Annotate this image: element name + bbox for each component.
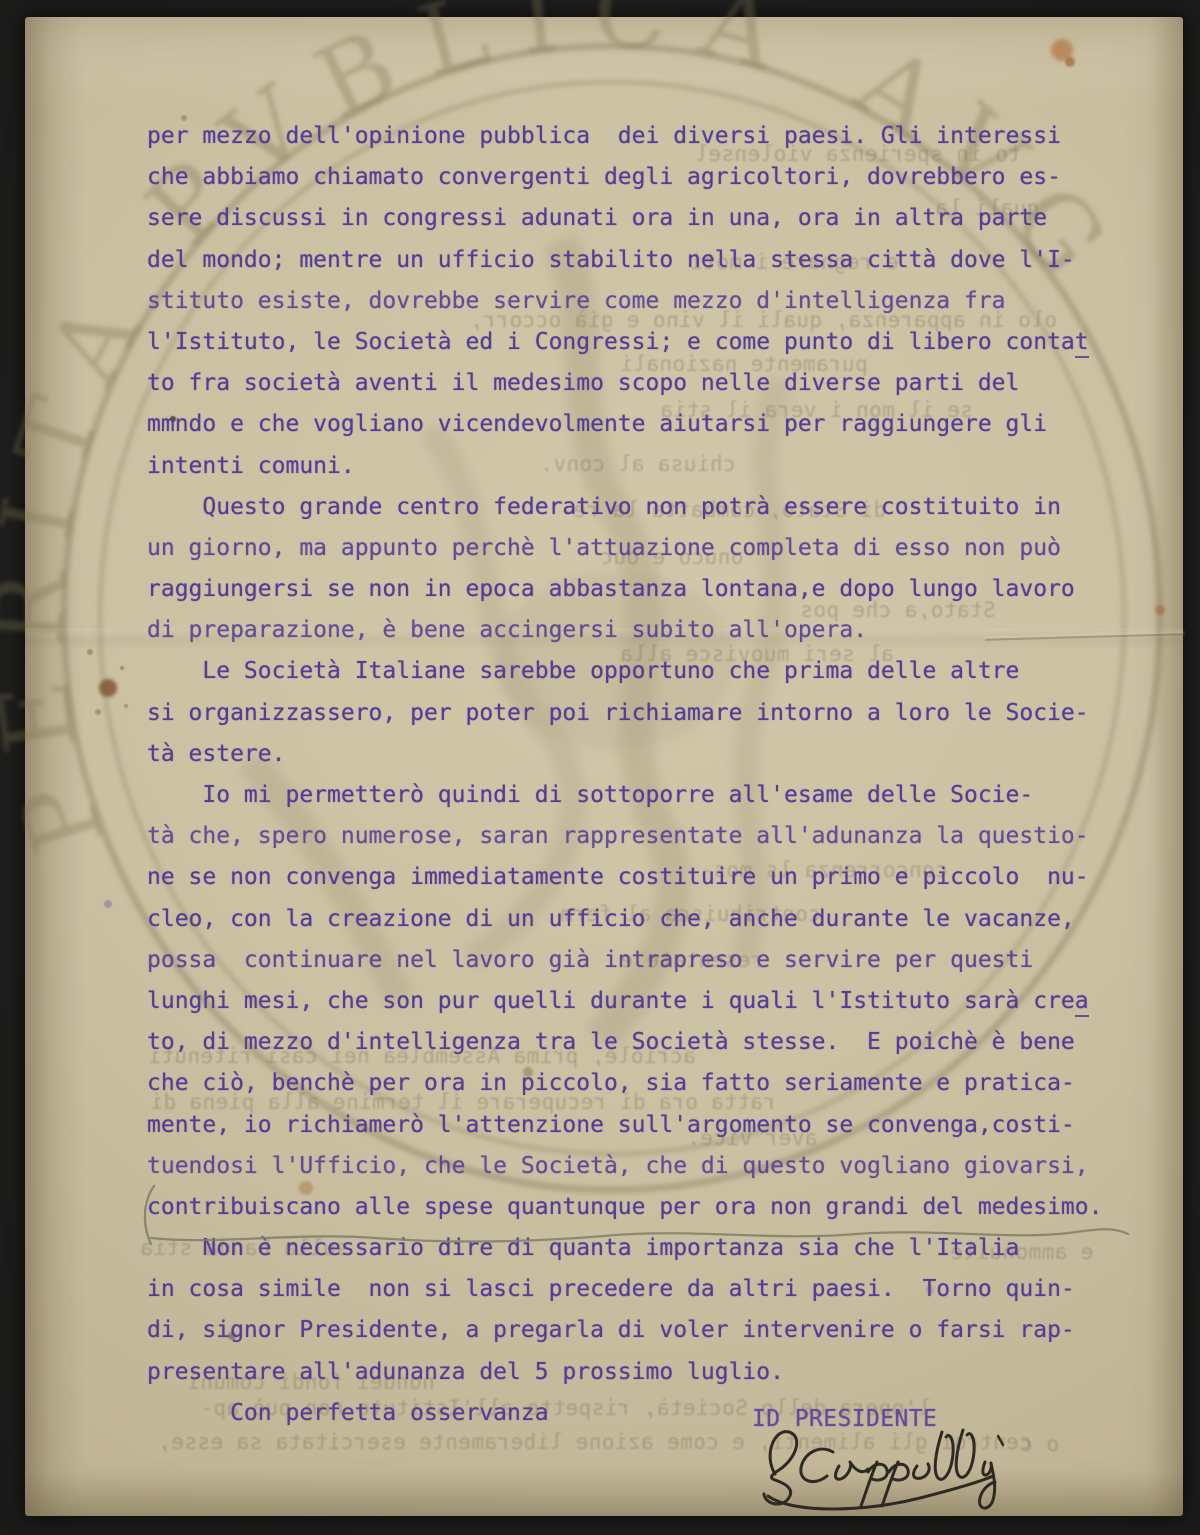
signature: R Cappelli [735, 1412, 1065, 1522]
letter-line: in cosa simile non si lasci precedere da… [147, 1269, 1137, 1310]
foxing-spot [87, 649, 93, 655]
underlined-continuation-letter: a [1075, 988, 1089, 1017]
letter-line: tà estere. [147, 734, 1137, 775]
letter-line: cleo, con la creazione di un ufficio che… [147, 899, 1137, 940]
letter-line: di, signor Presidente, a pregarla di vol… [147, 1310, 1137, 1351]
foxing-spot [1155, 605, 1165, 615]
letter-line: si organizzassero, per poter poi richiam… [147, 693, 1137, 734]
foxing-spot [99, 679, 117, 697]
letter-line: raggiungersi se non in epoca abbastanza … [147, 569, 1137, 610]
letter-line: tà che, spero numerose, saran rappresent… [147, 816, 1137, 857]
foxing-spot [95, 709, 101, 715]
letter-line: di preparazione, è bene accingersi subit… [147, 610, 1137, 651]
letter-line: per mezzo dell'opinione pubblica dei div… [147, 116, 1137, 157]
letter-line: l'Istituto, le Società ed i Congressi; e… [147, 322, 1137, 363]
letter-line: del mondo; mentre un ufficio stabilito n… [147, 240, 1137, 281]
letter-line: to, di mezzo d'intelligenza tra le Socie… [147, 1022, 1137, 1063]
letter-line: un giorno, ma appunto perchè l'attuazion… [147, 528, 1137, 569]
pencil-underline [151, 1229, 1128, 1241]
pencil-underline-annotation [136, 1178, 1146, 1256]
letter-line: intenti comuni. [147, 446, 1137, 487]
letter-line: sere discussi in congressi adunati ora i… [147, 198, 1137, 239]
letter-line: ne se non convenga immediatamente costit… [147, 857, 1137, 898]
letter-line: mente, io richiamerò l'attenzione sull'a… [147, 1105, 1137, 1146]
letter-line: to fra società aventi il medesimo scopo … [147, 363, 1137, 404]
letter-line: Questo grande centro federativo non potr… [147, 487, 1137, 528]
foxing-spot [124, 704, 128, 708]
pencil-bracket [145, 1186, 154, 1244]
foxing-spot [1065, 57, 1075, 67]
letter-line: mmndo e che vogliano vicendevolmente aiu… [147, 404, 1137, 445]
letter-line: presentare all'adunanza del 5 prossimo l… [147, 1352, 1137, 1393]
letter-line: stituto esiste, dovrebbe servire come me… [147, 281, 1137, 322]
letter-line: che abbiamo chiamato convergenti degli a… [147, 157, 1137, 198]
letter-line: che ciò, benchè per ora in piccolo, sia … [147, 1063, 1137, 1104]
foxing-spot [120, 666, 124, 670]
letter-line: lunghi mesi, che son pur quelli durante … [147, 981, 1137, 1022]
letter-line: Io mi permetterò quindi di sottoporre al… [147, 775, 1137, 816]
letter-line: possa continuare nel lavoro già intrapre… [147, 940, 1137, 981]
photo-mat: PERITA PVBLICA AVG to in sperienza viole… [0, 0, 1200, 1535]
underlined-continuation-letter: t [1075, 329, 1089, 358]
foxing-spot [104, 900, 112, 908]
letter-line: Le Società Italiane sarebbe opportuno ch… [147, 651, 1137, 692]
